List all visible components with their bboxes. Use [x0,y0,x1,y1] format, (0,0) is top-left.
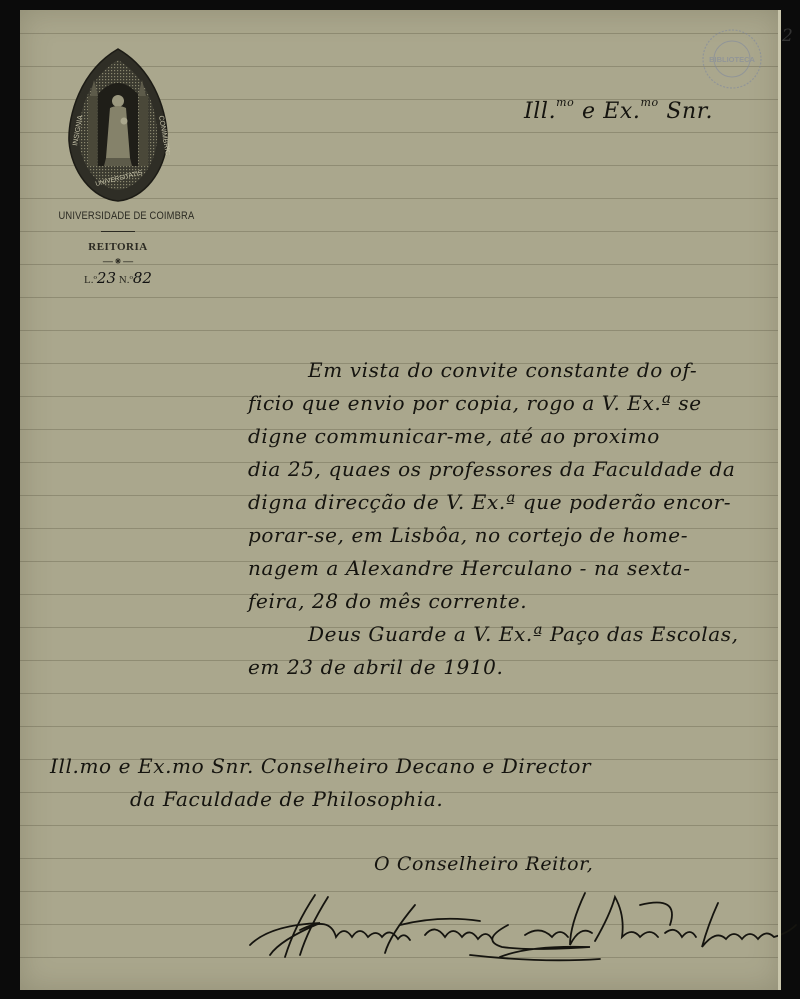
body-line: ficio que envio por copia, rogo a V. Ex.… [248,391,702,415]
svg-text:BIBLIOTECA: BIBLIOTECA [709,55,755,64]
body-line: porar-se, em Lisbôa, no cortejo de home- [248,523,688,547]
body-line: digna direcção de V. Ex.ª que poderão en… [248,490,731,514]
body-line: Em vista do convite constante do of- [308,358,697,382]
date-line: em 23 de abril de 1910. [248,655,503,679]
body-line: dia 25, quaes os professores da Faculdad… [248,457,735,481]
ref-book-value: 23 [97,269,116,287]
body-line: feira, 28 do mês corrente. [248,589,527,613]
ref-number-value: 82 [133,269,152,287]
sign-off: O Conselheiro Reitor, [374,853,593,875]
signature-icon [240,885,800,965]
closing-line: Deus Guarde a V. Ex.ª Paço das Escolas, [308,622,739,646]
ref-book-label: L.º [84,274,97,286]
addressee-line: da Faculdade de Philosophia. [130,787,443,811]
body-line: digne communicar-me, até ao proximo [248,424,660,448]
library-stamp-icon: BIBLIOTECA [692,28,772,90]
institution-name: UNIVERSIDADE DE COIMBRA [59,210,178,222]
page-number: 2 [782,26,793,46]
ref-number-label: N.º [119,274,133,286]
document-page: INSIGNIA CONIMBRIC UNIVERSITATIS UNIVERS… [20,10,781,990]
ornament-divider: —⁕— [48,255,188,268]
addressee-line: Ill.mo e Ex.mo Snr. Conselheiro Decano e… [50,754,591,778]
divider [101,231,135,232]
reference-number: L.º23 N.º82 [48,269,188,287]
salutation: Ill.mo e Ex.mo Snr. [524,96,713,124]
letterhead: INSIGNIA CONIMBRIC UNIVERSITATIS UNIVERS… [48,46,188,287]
department-name: REITORIA [48,241,188,253]
university-seal-icon: INSIGNIA CONIMBRIC UNIVERSITATIS [66,46,170,204]
body-line: nagem a Alexandre Herculano - na sexta- [248,556,691,580]
